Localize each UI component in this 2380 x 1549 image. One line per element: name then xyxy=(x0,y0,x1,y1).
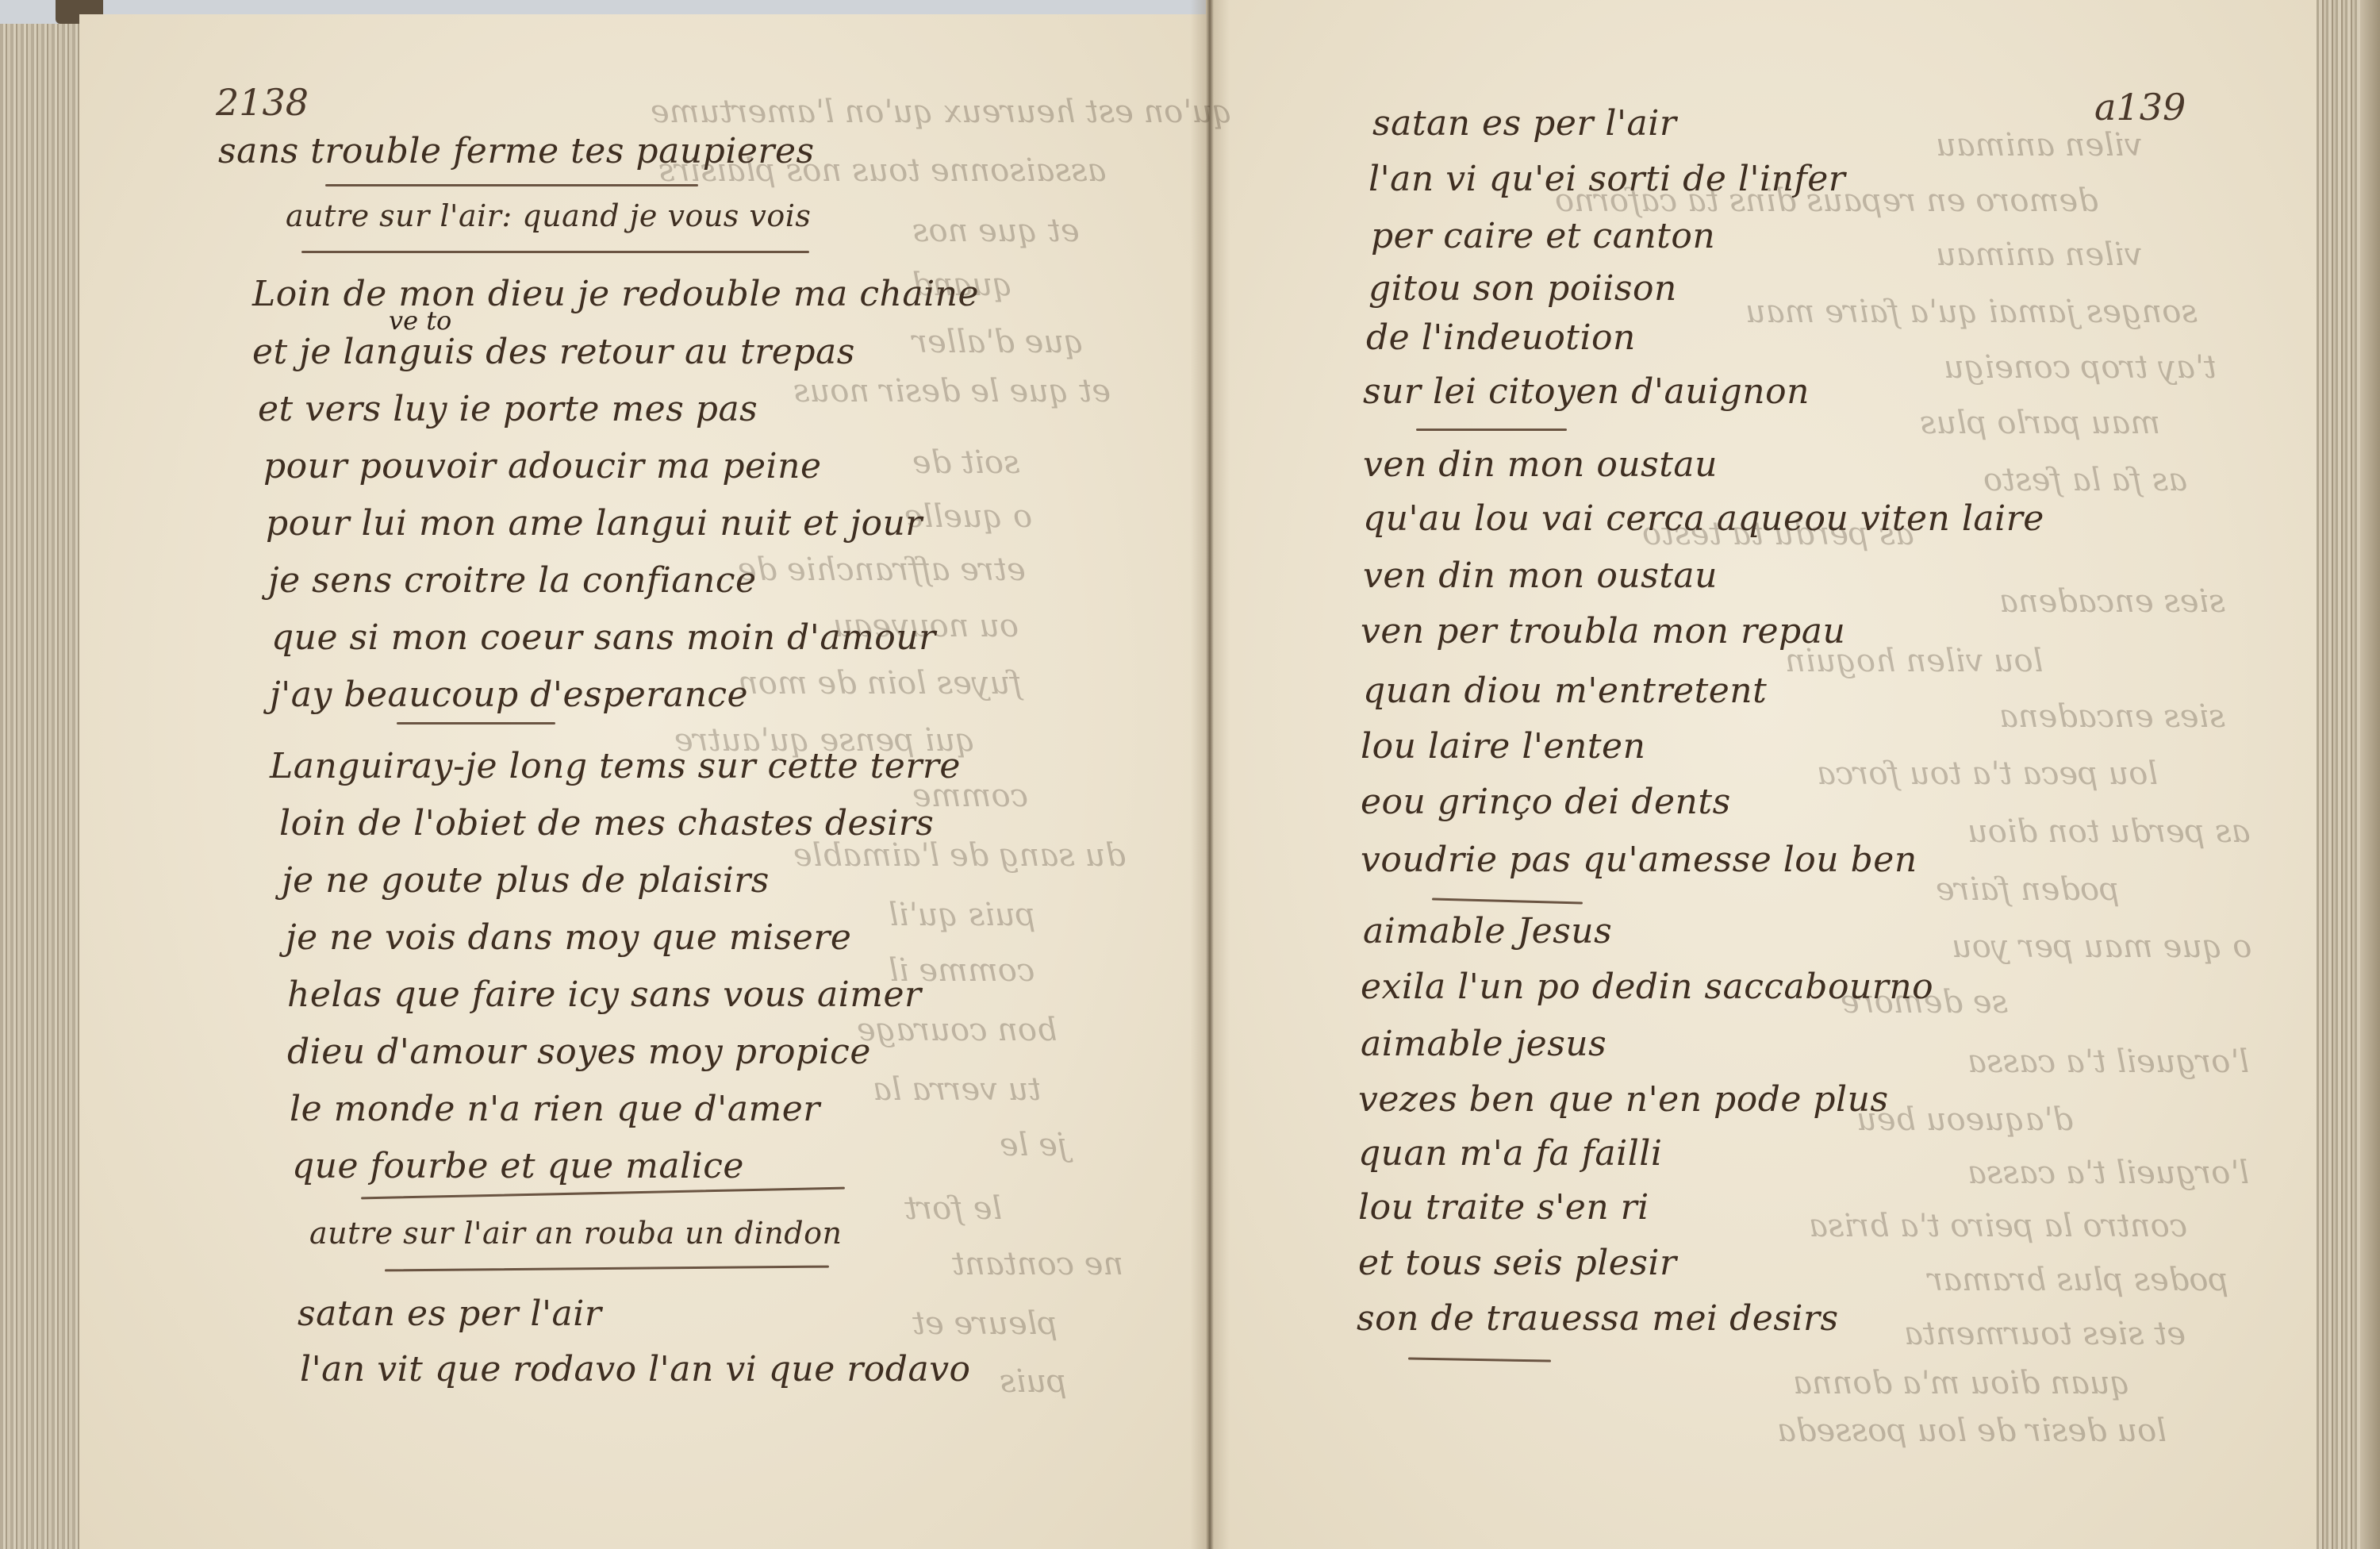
verse-line: l'an vi qu'ei sorti de l'infer xyxy=(1368,159,1845,199)
ghost-line: pleure et xyxy=(912,1305,1058,1342)
verse-line: de l'indeuotion xyxy=(1366,317,1636,358)
verse-line: qu'au lou vai cerca aqueou viten laire xyxy=(1363,498,2044,539)
ghost-line: etre affranchie de xyxy=(738,552,1026,588)
ghost-line: et que nos xyxy=(912,213,1080,249)
verse-line: pour pouvoir adoucir ma peine xyxy=(263,446,822,486)
verse-line: et vers luy ie porte mes pas xyxy=(258,389,758,429)
verse-line: satan es per l'air xyxy=(1372,103,1676,144)
verse-line: eou grinço dei dents xyxy=(1361,782,1731,822)
verse-line: je ne vois dans moy que misere xyxy=(286,917,851,958)
ghost-line: l'orgueil t'a cassa xyxy=(1967,1044,2249,1080)
ghost-line: le fort xyxy=(904,1190,1002,1227)
section-rule xyxy=(1416,429,1567,431)
verse-line: ven din mon oustau xyxy=(1363,555,1718,596)
ghost-line: lou peca t'a tou forca xyxy=(1817,755,2158,792)
verse-line: et tous seis plesir xyxy=(1358,1243,1677,1283)
ghost-line: vilen animau xyxy=(1936,236,2142,273)
ghost-line: puis xyxy=(1000,1363,1067,1400)
verse-line: je sens croitre la confiance xyxy=(268,560,757,601)
ghost-line: je le xyxy=(1000,1127,1067,1163)
manuscript-spread: qu'on est heureux qu'on l'amertume assai… xyxy=(0,0,2380,1549)
ghost-line: as fa la festo xyxy=(1983,462,2187,498)
book-cover-edge xyxy=(2360,0,2380,1549)
section-rule xyxy=(325,184,698,186)
verse-line: sans trouble ferme tes paupieres xyxy=(218,131,815,171)
ghost-line: lou desir de lou posseda xyxy=(1777,1413,2167,1449)
verse-line: Languiray-je long tems sur cette terre xyxy=(270,746,961,786)
ghost-line: sies encadena xyxy=(1999,583,2225,620)
verse-line: pour lui mon ame langui nuit et jour xyxy=(266,503,923,544)
verse-line: loin de l'obiet de mes chastes desirs xyxy=(279,803,934,844)
verse-line: lou laire l'enten xyxy=(1361,726,1645,767)
verse-line: per caire et canton xyxy=(1371,216,1715,256)
verse-line: aimable jesus xyxy=(1361,1024,1606,1064)
verse-line: ven per troubla mon repau xyxy=(1361,611,1845,652)
verse-line: dieu d'amour soyes moy propice xyxy=(287,1032,871,1072)
ghost-line: ne contant xyxy=(952,1246,1123,1282)
ghost-line: d'aqueou beu xyxy=(1856,1101,2073,1138)
verse-line: et je languis des retour au trepas xyxy=(252,332,855,372)
ghost-line: o que mau per you xyxy=(1952,928,2251,965)
ghost-line: t'ay trop coneigu xyxy=(1944,349,2217,386)
verse-line: gitou son poiison xyxy=(1368,268,1677,309)
section-rule xyxy=(301,251,809,253)
ghost-line: l'orgueil t'a cassa xyxy=(1967,1155,2249,1191)
verse-line: Loin de mon dieu je redouble ma chaine xyxy=(252,274,979,314)
ghost-line: tu verra la xyxy=(873,1071,1041,1108)
ghost-line: songes jamai qu'a faire mau xyxy=(1745,294,2198,330)
left-page-block-edge xyxy=(0,24,81,1549)
ghost-line: sies encadena xyxy=(1999,698,2225,735)
verse-line: l'an vit que rodavo l'an vi que rodavo xyxy=(300,1349,971,1389)
tune-heading: autre sur l'air: quand je vous vois xyxy=(286,198,811,233)
book-gutter xyxy=(1190,0,1230,1549)
verse-line: que fourbe et que malice xyxy=(292,1146,744,1186)
verse-line: que si mon coeur sans moin d'amour xyxy=(271,617,936,658)
ghost-line: as perdu ton diou xyxy=(1967,813,2250,850)
ghost-line: et que le desir nous xyxy=(793,373,1111,409)
ghost-line: podes plus bramar xyxy=(1928,1262,2228,1298)
verse-line: helas que faire icy sans vous aimer xyxy=(287,974,922,1015)
verse-line: lou traite s'en ri xyxy=(1358,1187,1649,1228)
verse-line: vezes ben que n'en pode plus xyxy=(1358,1079,1889,1120)
verse-line: ven din mon oustau xyxy=(1363,444,1718,485)
ghost-line: o quelle xyxy=(904,498,1032,535)
verse-line: son de trauessa mei desirs xyxy=(1357,1298,1839,1339)
ghost-line: contro la peiro t'a brisa xyxy=(1809,1208,2187,1244)
ghost-line: poden faire xyxy=(1936,871,2120,908)
verse-line: satan es per l'air xyxy=(297,1293,601,1334)
verse-line: quan m'a fa failli xyxy=(1358,1133,1662,1174)
ghost-line: et sies tourmenta xyxy=(1904,1316,2186,1352)
ghost-line: mau parlo plus xyxy=(1920,405,2160,441)
verse-line: le monde n'a rien que d'amer xyxy=(290,1089,820,1129)
verse-line: exila l'un po dedin saccabourno xyxy=(1361,967,1933,1007)
verse-line: j'ay beaucoup d'esperance xyxy=(270,675,748,715)
tune-heading: autre sur l'air an rouba un dindon xyxy=(309,1216,842,1251)
verse-line: quan diou m'entretent xyxy=(1363,671,1767,711)
folio-number-right: a139 xyxy=(2094,86,2186,129)
verse-line: sur lei citoyen d'auignon xyxy=(1363,371,1810,412)
ghost-line: fuyes loin de mon xyxy=(738,665,1022,701)
ghost-line: quan diou m'a donna xyxy=(1793,1365,2130,1401)
section-rule xyxy=(397,722,555,725)
folio-number-left: 2138 xyxy=(216,81,309,124)
ghost-line: vilen animau xyxy=(1936,127,2142,163)
verse-line: voudrie pas qu'amesse lou ben xyxy=(1361,840,1917,880)
ghost-line: soit de xyxy=(912,444,1019,481)
verse-line: je ne goute plus de plaisirs xyxy=(282,860,770,901)
ghost-line: que d'aller xyxy=(912,324,1084,360)
ghost-line: qu'on est heureux qu'on l'amertume xyxy=(651,94,1233,130)
ghost-line: puis qu'il xyxy=(889,897,1035,933)
verse-line: aimable Jesus xyxy=(1363,911,1612,951)
ghost-line: bon courage xyxy=(857,1012,1058,1048)
